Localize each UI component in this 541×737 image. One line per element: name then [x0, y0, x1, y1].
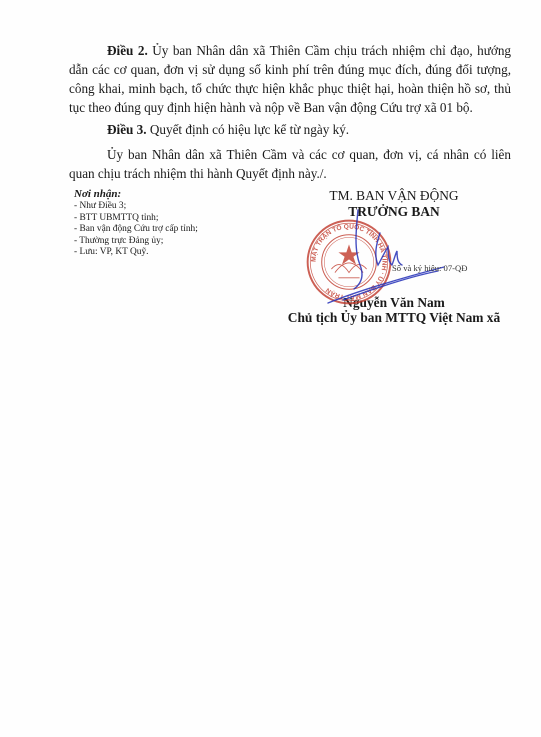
article-3-text: Quyết định có hiệu lực kể từ ngày ký.	[147, 122, 350, 137]
article-3: Điều 3. Quyết định có hiệu lực kể từ ngà…	[69, 120, 511, 139]
recipient-item: - BTT UBMTTQ tỉnh;	[74, 213, 198, 225]
recipients-title: Nơi nhận:	[74, 188, 198, 201]
signer-position: Chủ tịch Ủy ban MTTQ Việt Nam xã	[270, 310, 518, 326]
document-page: Điều 2. Ủy ban Nhân dân xã Thiên Cầm chị…	[0, 0, 541, 737]
recipient-item: - Thường trực Đảng ủy;	[74, 236, 198, 248]
article-3-label: Điều 3.	[107, 122, 147, 137]
recipient-item: - Lưu: VP, KT Quỹ.	[74, 247, 198, 259]
document-number: Số và ký hiệu: 07-QĐ	[392, 263, 467, 273]
article-2-label: Điều 2.	[107, 43, 148, 58]
recipient-item: - Như Điều 3;	[74, 201, 198, 213]
implementation-clause: Ủy ban Nhân dân xã Thiên Cầm và các cơ q…	[69, 145, 511, 183]
recipients-block: Nơi nhận: - Như Điều 3; - BTT UBMTTQ tỉn…	[74, 188, 198, 259]
article-2: Điều 2. Ủy ban Nhân dân xã Thiên Cầm chị…	[69, 41, 511, 117]
recipient-item: - Ban vận động Cứu trợ cấp tỉnh;	[74, 224, 198, 236]
handwritten-signature-icon	[318, 205, 448, 310]
signing-organization: TM. BAN VẬN ĐỘNG	[270, 188, 518, 204]
